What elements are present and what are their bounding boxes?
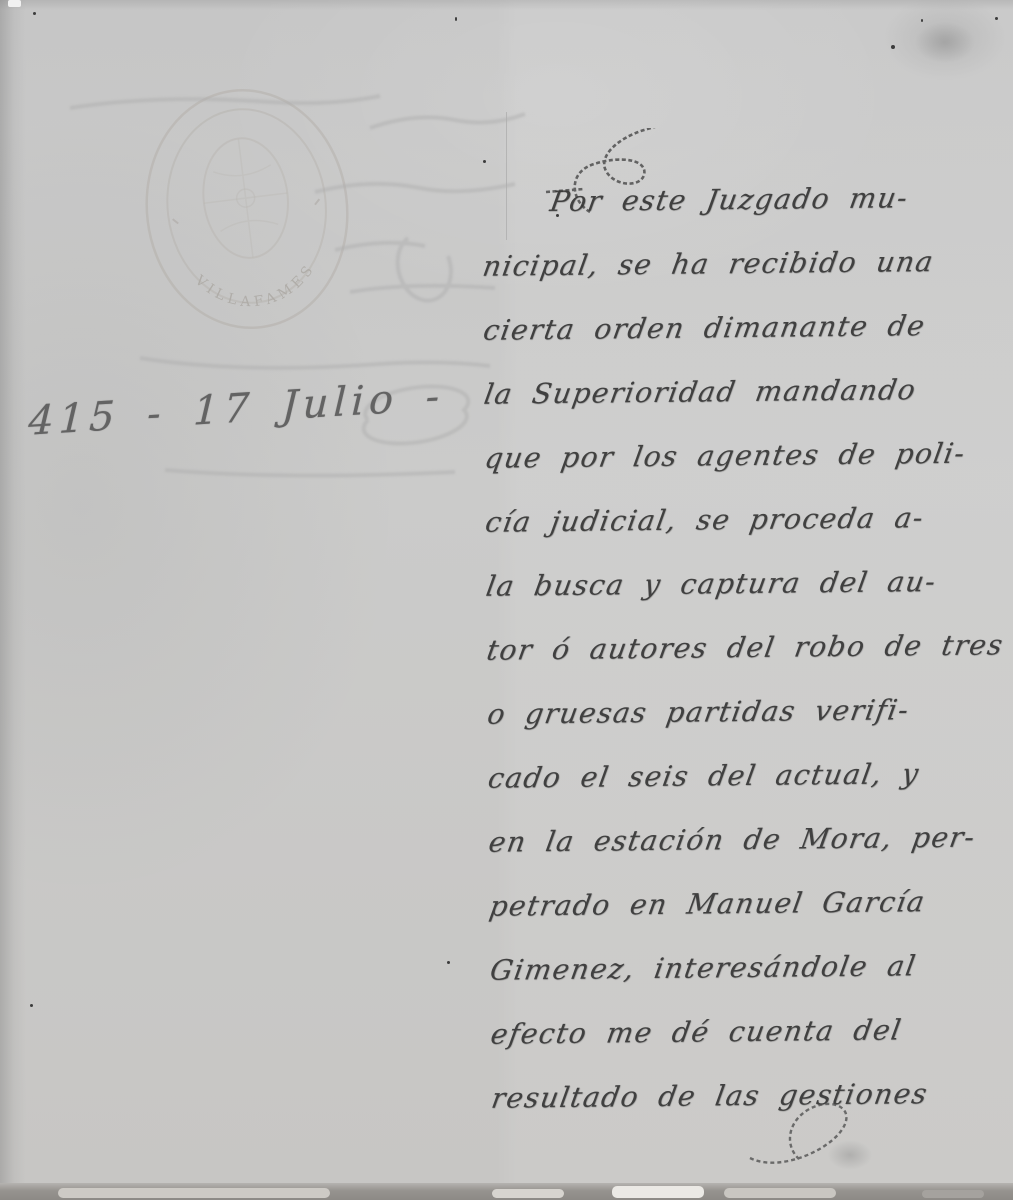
ink-speck <box>995 17 998 20</box>
seal-stamp: VILLAFAMES <box>138 82 356 337</box>
manuscript-line: efecto me dé cuenta del <box>486 997 1013 1067</box>
ink-speck <box>891 45 895 49</box>
manuscript-line: tor ó autores del robo de tres <box>482 613 1013 683</box>
scan-speck <box>8 0 21 7</box>
manuscript-line: la busca y captura del au- <box>481 549 1013 619</box>
manuscript-line: cierta orden dimanante de <box>478 293 1011 363</box>
seal-caption: VILLAFAMES <box>190 258 323 318</box>
manuscript-line: o gruesas partidas verifi- <box>482 677 1013 747</box>
scan-edge-fragment <box>612 1186 704 1198</box>
scan-edge-fragment <box>492 1189 564 1198</box>
manuscript-text-block: Por este Juzgado mu- nicipal, se ha reci… <box>482 165 1013 1130</box>
manuscript-line: Por este Juzgado mu- <box>477 165 1010 235</box>
manuscript-line: la Superioridad mandando <box>479 357 1012 427</box>
scan-edge-fragment <box>724 1188 836 1198</box>
paper-smudge <box>905 15 985 70</box>
ink-speck <box>556 214 559 217</box>
manuscript-line: en la estación de Mora, per- <box>484 805 1013 875</box>
manuscript-line: cado el seis del actual, y <box>483 741 1013 811</box>
manuscript-line: que por los agentes de poli- <box>480 421 1013 491</box>
svg-text:VILLAFAMES: VILLAFAMES <box>190 258 323 318</box>
scan-edge-strip <box>0 1183 1013 1200</box>
manuscript-line: nicipal, se ha recibido una <box>478 229 1011 299</box>
manuscript-line: Gimenez, interesándole al <box>485 933 1013 1003</box>
manuscript-line: petrado en Manuel García <box>484 869 1013 939</box>
ink-speck <box>447 961 450 964</box>
manuscript-line: cía judicial, se proceda a- <box>480 485 1013 555</box>
ink-speck <box>455 17 457 21</box>
ink-speck <box>483 160 486 163</box>
scan-edge-fragment <box>58 1188 330 1198</box>
paper-smudge <box>820 1135 880 1175</box>
scan-edge-fragment <box>922 1190 984 1198</box>
ink-speck <box>30 1004 33 1007</box>
ink-speck <box>33 12 36 15</box>
